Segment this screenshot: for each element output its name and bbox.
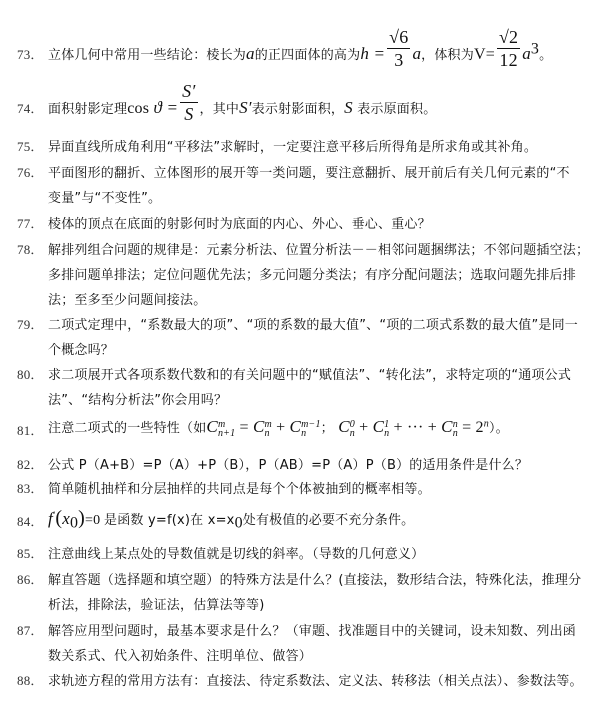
item-text: 注意二项式的一些特性（如Cmn+1 = Cmn + Cm−1n； C0n + C… <box>48 417 509 438</box>
item-text: 立体几何中常用一些结论：棱长为a的正四面体的高为h =√63a，体积为V=√21… <box>48 40 552 71</box>
item-text: 法；至多至少问题间接法。 <box>48 289 206 308</box>
fraction: √212 <box>497 26 520 71</box>
item-number: 82． <box>17 454 47 473</box>
item-text: 求二项展开式各项系数代数和的有关问题中的“赋值法”、“转化法”，求特定项的“通项… <box>48 364 571 383</box>
item-text: 棱体的顶点在底面的射影何时为底面的内心、外心、垂心、重心？ <box>48 213 431 232</box>
item-text: 多排问题单排法；定位问题优先法；多元问题分类法；有序分配问题法；选取问题先排后排 <box>48 264 576 283</box>
item-73: 73． 立体几何中常用一些结论：棱长为a的正四面体的高为h =√63a，体积为V… <box>17 28 597 78</box>
item-number: 80． <box>17 364 47 383</box>
sup-sub: mn <box>264 420 271 438</box>
item-text: 法”、“结构分析法”你会用吗？ <box>48 389 227 408</box>
item-text: 变量”与“不变性”。 <box>48 187 161 206</box>
item-text: 个概念吗？ <box>48 339 114 358</box>
item-number: 88． <box>17 670 47 689</box>
item-text: 简单随机抽样和分层抽样的共同点是每个个体被抽到的概率相等。 <box>48 478 431 497</box>
item-text: 注意曲线上某点处的导数值就是切线的斜率。（导数的几何意义） <box>48 543 424 562</box>
item-text: 求轨迹方程的常用方法有：直接法、待定系数法、定义法、转移法（相关点法）、参数法等… <box>48 670 583 689</box>
item-text: 数关系式、代入初始条件、注明单位、做答） <box>48 645 312 664</box>
item-text: 平面图形的翻折、立体图形的展开等一类问题，要注意翻折、展开前后有关几何元素的“不 <box>48 162 570 181</box>
item-text: 异面直线所成角利用“平移法”求解时，一定要注意平移后所得角是所求角或其补角。 <box>48 136 537 155</box>
item-number: 81． <box>17 420 47 439</box>
item-text: 解排列组合问题的规律是：元素分析法、位置分析法－－相邻问题捆绑法；不邻问题插空法… <box>48 239 589 258</box>
item-text: f′(x0)=0 是函数 y=f(x)在 x=x0处有极值的必要不充分条件。 <box>48 507 414 533</box>
item-number: 87． <box>17 620 47 639</box>
item-text: 解直答题（选择题和填空题）的特殊方法是什么？(直接法，数形结合法，特殊化法，推理… <box>48 569 581 588</box>
item-text: 二项式定理中，“系数最大的项”、“项的系数的最大值”、“项的二项式系数的最大值”… <box>48 314 578 333</box>
item-number: 76． <box>17 162 47 181</box>
item-number: 84． <box>17 511 47 530</box>
item-text: 析法，排除法，验证法，估算法等等) <box>48 594 264 613</box>
sup-sub: mn+1 <box>218 420 235 438</box>
fraction: √63 <box>387 26 410 71</box>
item-number: 86． <box>17 569 47 588</box>
item-text: 公式 P（A+B）=P（A）+P（B），P（AB）=P（A）P（B）的适用条件是… <box>48 454 528 473</box>
item-number: 74． <box>17 98 47 117</box>
item-text: 解答应用型问题时，最基本要求是什么？（审题、找准题目中的关键词，设未知数、列出函 <box>48 620 576 639</box>
item-number: 77． <box>17 213 47 232</box>
item-number: 83． <box>17 478 47 497</box>
item-number: 75． <box>17 136 47 155</box>
item-number: 79． <box>17 314 47 333</box>
fraction: S′S <box>180 80 197 125</box>
item-number: 78． <box>17 239 47 258</box>
item-74: 74． 面积射影定理cos ϑ =S′S，其中S′表示射影面积，S 表示原面积。 <box>17 88 597 128</box>
item-number: 73． <box>17 44 47 63</box>
item-number: 85． <box>17 543 47 562</box>
item-text: 面积射影定理cos ϑ =S′S，其中S′表示射影面积，S 表示原面积。 <box>48 94 436 125</box>
sup-sub: m−1n <box>301 420 321 438</box>
